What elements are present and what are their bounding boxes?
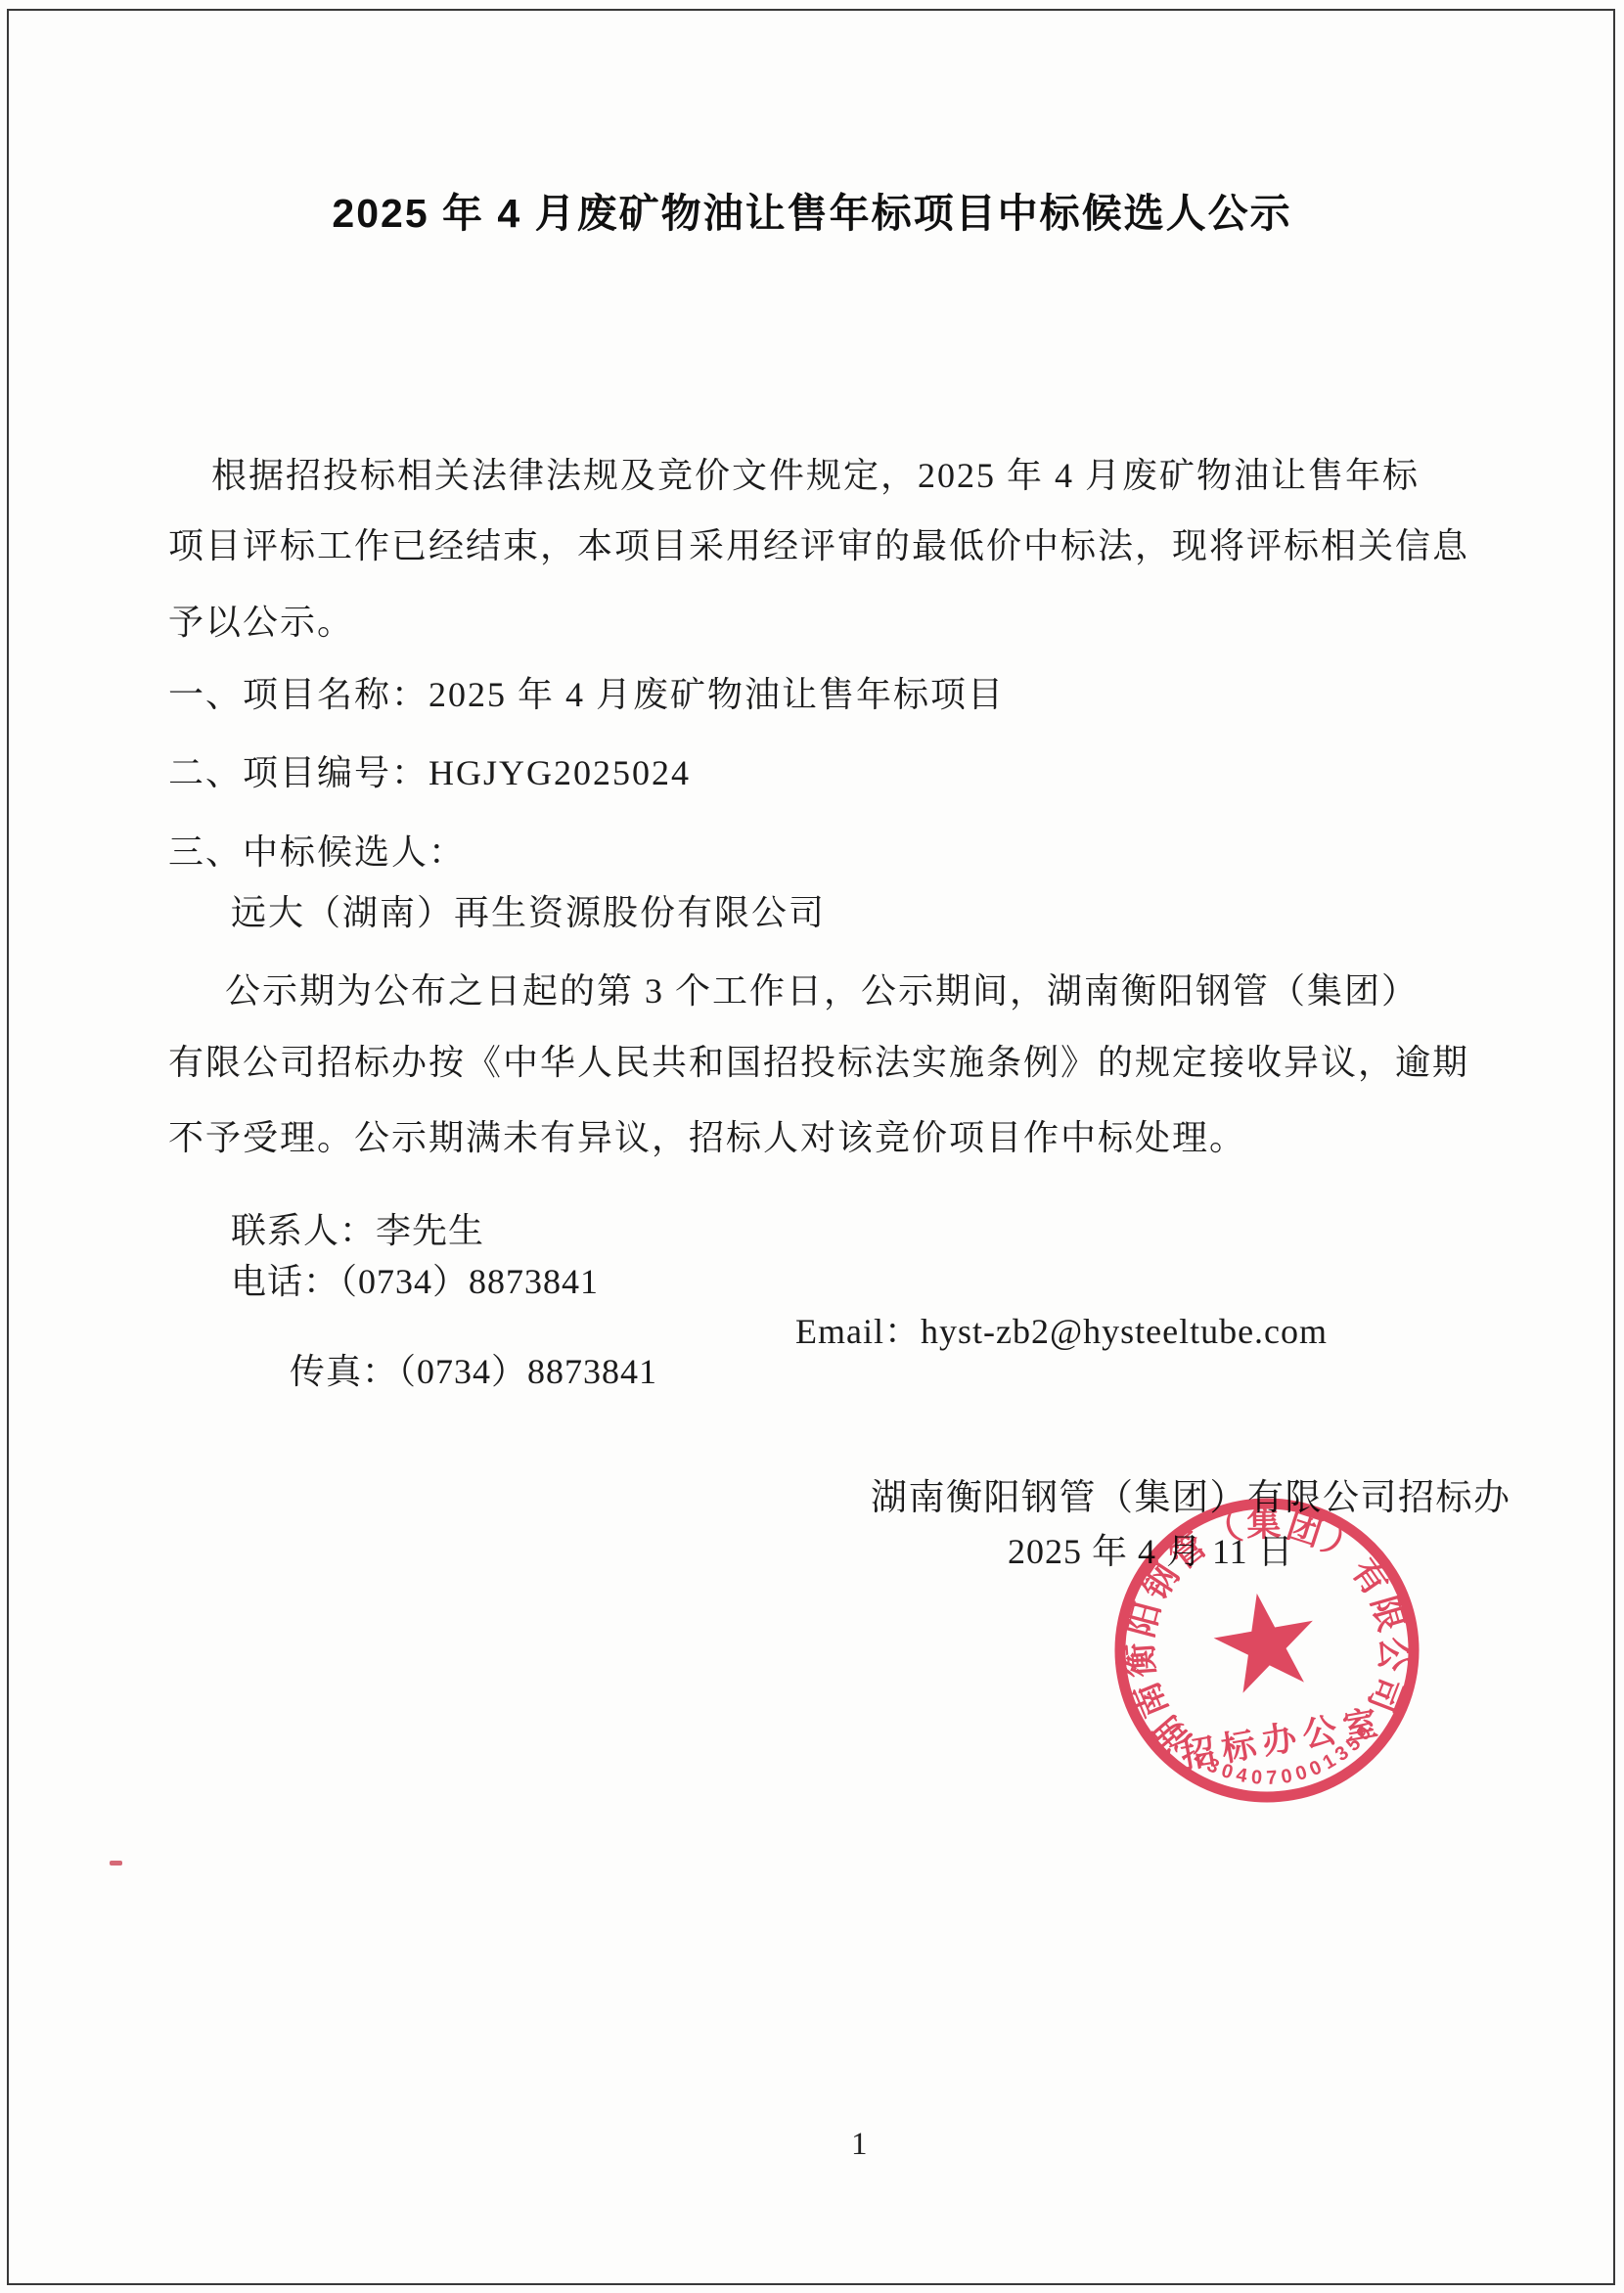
contact-phone-line: 电话：（0734）8873841 bbox=[231, 1262, 1405, 1302]
body-line: 予以公示。 bbox=[168, 603, 354, 643]
body-line: 有限公司招标办按《中华人民共和国招投标法实施条例》的规定接收异议，逾期 bbox=[168, 1043, 1469, 1083]
body-line-candidate-name: 远大（湖南）再生资源股份有限公司 bbox=[168, 893, 826, 933]
document-title: 2025 年 4 月废矿物油让售年标项目中标候选人公示 bbox=[0, 192, 1624, 236]
contact-person-line: 联系人：李先生 bbox=[231, 1211, 1405, 1251]
contact-fax-value: 传真：（0734）8873841 bbox=[290, 1352, 657, 1391]
stamp-star-icon bbox=[1207, 1585, 1323, 1696]
page-number: 1 bbox=[851, 2127, 868, 2163]
body-line: 公示期为公布之日起的第 3 个工作日，公示期间，湖南衡阳钢管（集团） bbox=[168, 971, 1419, 1012]
contact-fax-line: 传真：（0734）8873841 Email：hyst-zb2@hysteelt… bbox=[231, 1312, 1405, 1474]
body-line: 不予受理。公示期满未有异议，招标人对该竞价项目作中标处理。 bbox=[168, 1118, 1246, 1158]
body-line-project-number: 二、项目编号：HGJYG2025024 bbox=[168, 753, 691, 793]
contact-email-value: Email：hyst-zb2@hysteeltube.com bbox=[795, 1312, 1328, 1352]
official-stamp: 湖南衡阳钢管（集团）有限公司 招标办公室 4304070001359 bbox=[1058, 1441, 1477, 1861]
scan-artifact-red-mark bbox=[110, 1861, 122, 1866]
body-line-project-name: 一、项目名称：2025 年 4 月废矿物油让售年标项目 bbox=[168, 675, 1005, 715]
body-line: 项目评标工作已经结束，本项目采用经评审的最低价中标法，现将评标相关信息 bbox=[168, 526, 1469, 566]
body-line-candidate-heading: 三、中标候选人： bbox=[168, 832, 466, 873]
body-line: 根据招投标相关法律法规及竞价文件规定，2025 年 4 月废矿物油让售年标 bbox=[168, 456, 1420, 496]
document-page: 2025 年 4 月废矿物油让售年标项目中标候选人公示 根据招投标相关法律法规及… bbox=[0, 0, 1624, 2293]
